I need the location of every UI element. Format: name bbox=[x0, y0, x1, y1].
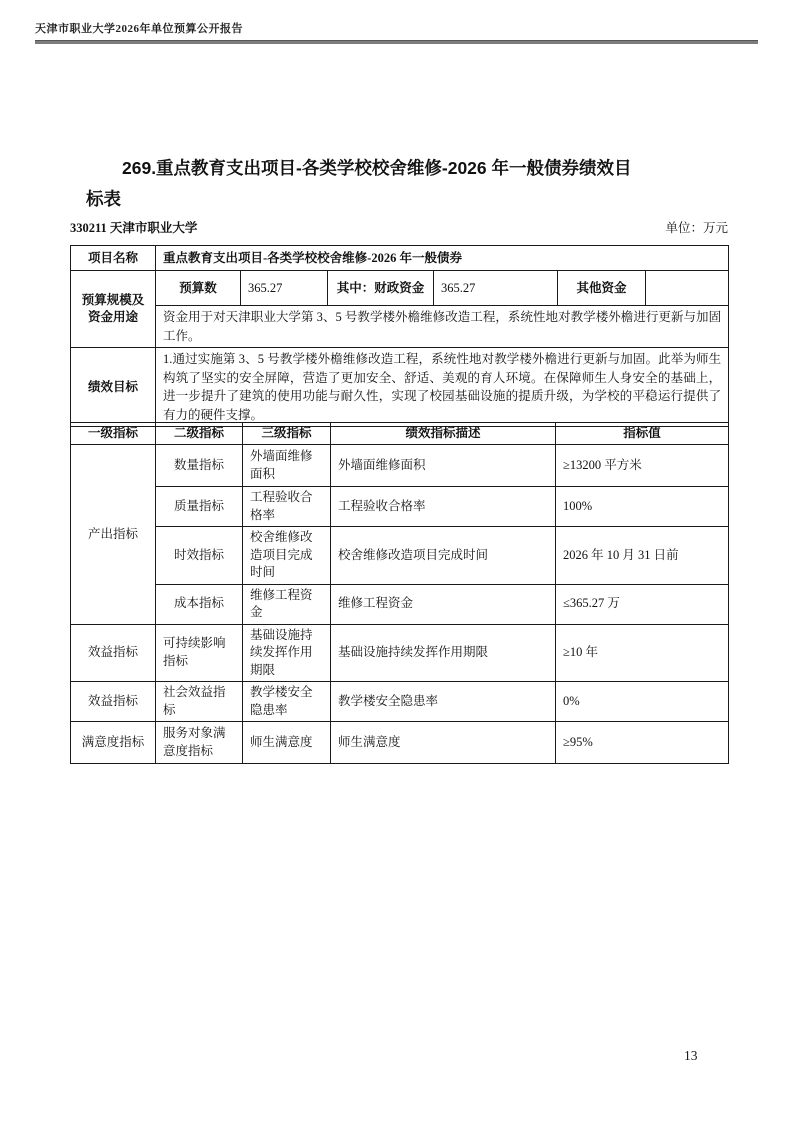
project-info-table: 项目名称 重点教育支出项目-各类学校校舍维修-2026 年一般债券 预算规模及资… bbox=[70, 245, 729, 427]
table-row: 绩效目标 1.通过实施第 3、5 号教学楼外檐维修改造工程，系统性地对教学楼外檐… bbox=[71, 348, 729, 427]
performance-target-text: 1.通过实施第 3、5 号教学楼外檐维修改造工程，系统性地对教学楼外檐进行更新与… bbox=[156, 348, 729, 427]
table-row: 产出指标 数量指标 外墙面维修面积 外墙面维修面积 ≥13200 平方米 bbox=[71, 445, 729, 487]
header-divider-rule bbox=[35, 40, 758, 44]
description-cell: 基础设施持续发挥作用期限 bbox=[331, 624, 556, 682]
value-cell: 2026 年 10 月 31 日前 bbox=[556, 527, 729, 585]
page-title-line1: 269.重点教育支出项目-各类学校校舍维修-2026 年一般债券绩效目 bbox=[86, 153, 726, 184]
level2-cell: 社会效益指标 bbox=[156, 682, 243, 722]
level2-cell: 可持续影响指标 bbox=[156, 624, 243, 682]
table-row: 效益指标 社会效益指标 教学楼安全隐患率 教学楼安全隐患率 0% bbox=[71, 682, 729, 722]
budget-number-label: 预算数 bbox=[156, 271, 241, 306]
level1-cell: 效益指标 bbox=[71, 682, 156, 722]
description-cell: 校舍维修改造项目完成时间 bbox=[331, 527, 556, 585]
description-cell: 教学楼安全隐患率 bbox=[331, 682, 556, 722]
level3-cell: 校舍维修改造项目完成时间 bbox=[243, 527, 331, 585]
level2-cell: 成本指标 bbox=[156, 584, 243, 624]
page-title: 269.重点教育支出项目-各类学校校舍维修-2026 年一般债券绩效目 标表 bbox=[86, 153, 726, 215]
level2-cell: 时效指标 bbox=[156, 527, 243, 585]
table-meta-row: 330211 天津市职业大学 单位：万元 bbox=[70, 218, 728, 236]
level1-cell: 效益指标 bbox=[71, 624, 156, 682]
fund-usage-text: 资金用于对天津职业大学第 3、5 号教学楼外檐维修改造工程，系统性地对教学楼外檐… bbox=[156, 306, 729, 348]
description-cell: 师生满意度 bbox=[331, 722, 556, 764]
table-row: 项目名称 重点教育支出项目-各类学校校舍维修-2026 年一般债券 bbox=[71, 246, 729, 271]
project-name-label: 项目名称 bbox=[71, 246, 156, 271]
value-cell: 0% bbox=[556, 682, 729, 722]
table-row: 效益指标 可持续影响指标 基础设施持续发挥作用期限 基础设施持续发挥作用期限 ≥… bbox=[71, 624, 729, 682]
header-level1: 一级指标 bbox=[71, 423, 156, 445]
budget-number-value: 365.27 bbox=[241, 271, 328, 306]
value-cell: ≥95% bbox=[556, 722, 729, 764]
value-cell: 100% bbox=[556, 487, 729, 527]
budget-scope-label: 预算规模及资金用途 bbox=[71, 271, 156, 348]
level3-cell: 工程验收合格率 bbox=[243, 487, 331, 527]
table-row: 资金用于对天津职业大学第 3、5 号教学楼外檐维修改造工程，系统性地对教学楼外檐… bbox=[71, 306, 729, 348]
page-title-line2: 标表 bbox=[86, 184, 726, 215]
project-name-value: 重点教育支出项目-各类学校校舍维修-2026 年一般债券 bbox=[156, 246, 729, 271]
value-cell: ≤365.27 万 bbox=[556, 584, 729, 624]
indicator-header-row: 一级指标 二级指标 三级指标 绩效指标描述 指标值 bbox=[71, 423, 729, 445]
table-row: 时效指标 校舍维修改造项目完成时间 校舍维修改造项目完成时间 2026 年 10… bbox=[71, 527, 729, 585]
description-cell: 工程验收合格率 bbox=[331, 487, 556, 527]
indicator-table: 一级指标 二级指标 三级指标 绩效指标描述 指标值 产出指标 数量指标 外墙面维… bbox=[70, 422, 729, 764]
unit-label: 单位：万元 bbox=[665, 218, 728, 236]
level3-cell: 基础设施持续发挥作用期限 bbox=[243, 624, 331, 682]
header-value: 指标值 bbox=[556, 423, 729, 445]
org-code: 330211 天津市职业大学 bbox=[70, 218, 197, 236]
fiscal-fund-label: 其中：财政资金 bbox=[328, 271, 434, 306]
table-row: 质量指标 工程验收合格率 工程验收合格率 100% bbox=[71, 487, 729, 527]
other-fund-value bbox=[646, 271, 729, 306]
header-level3: 三级指标 bbox=[243, 423, 331, 445]
report-header-text: 天津市职业大学2026年单位预算公开报告 bbox=[35, 20, 243, 36]
level1-cell: 满意度指标 bbox=[71, 722, 156, 764]
header-description: 绩效指标描述 bbox=[331, 423, 556, 445]
level1-cell: 产出指标 bbox=[71, 445, 156, 625]
description-cell: 维修工程资金 bbox=[331, 584, 556, 624]
value-cell: ≥10 年 bbox=[556, 624, 729, 682]
table-row: 成本指标 维修工程资金 维修工程资金 ≤365.27 万 bbox=[71, 584, 729, 624]
page-number: 13 bbox=[684, 1048, 698, 1064]
description-cell: 外墙面维修面积 bbox=[331, 445, 556, 487]
level3-cell: 师生满意度 bbox=[243, 722, 331, 764]
other-fund-label: 其他资金 bbox=[558, 271, 646, 306]
level2-cell: 数量指标 bbox=[156, 445, 243, 487]
level2-cell: 服务对象满意度指标 bbox=[156, 722, 243, 764]
level3-cell: 维修工程资金 bbox=[243, 584, 331, 624]
header-level2: 二级指标 bbox=[156, 423, 243, 445]
performance-target-label: 绩效目标 bbox=[71, 348, 156, 427]
value-cell: ≥13200 平方米 bbox=[556, 445, 729, 487]
table-row: 预算规模及资金用途 预算数 365.27 其中：财政资金 365.27 其他资金 bbox=[71, 271, 729, 306]
level3-cell: 教学楼安全隐患率 bbox=[243, 682, 331, 722]
document-page: 天津市职业大学2026年单位预算公开报告 269.重点教育支出项目-各类学校校舍… bbox=[0, 0, 793, 1123]
fiscal-fund-value: 365.27 bbox=[434, 271, 558, 306]
level2-cell: 质量指标 bbox=[156, 487, 243, 527]
table-row: 满意度指标 服务对象满意度指标 师生满意度 师生满意度 ≥95% bbox=[71, 722, 729, 764]
level3-cell: 外墙面维修面积 bbox=[243, 445, 331, 487]
